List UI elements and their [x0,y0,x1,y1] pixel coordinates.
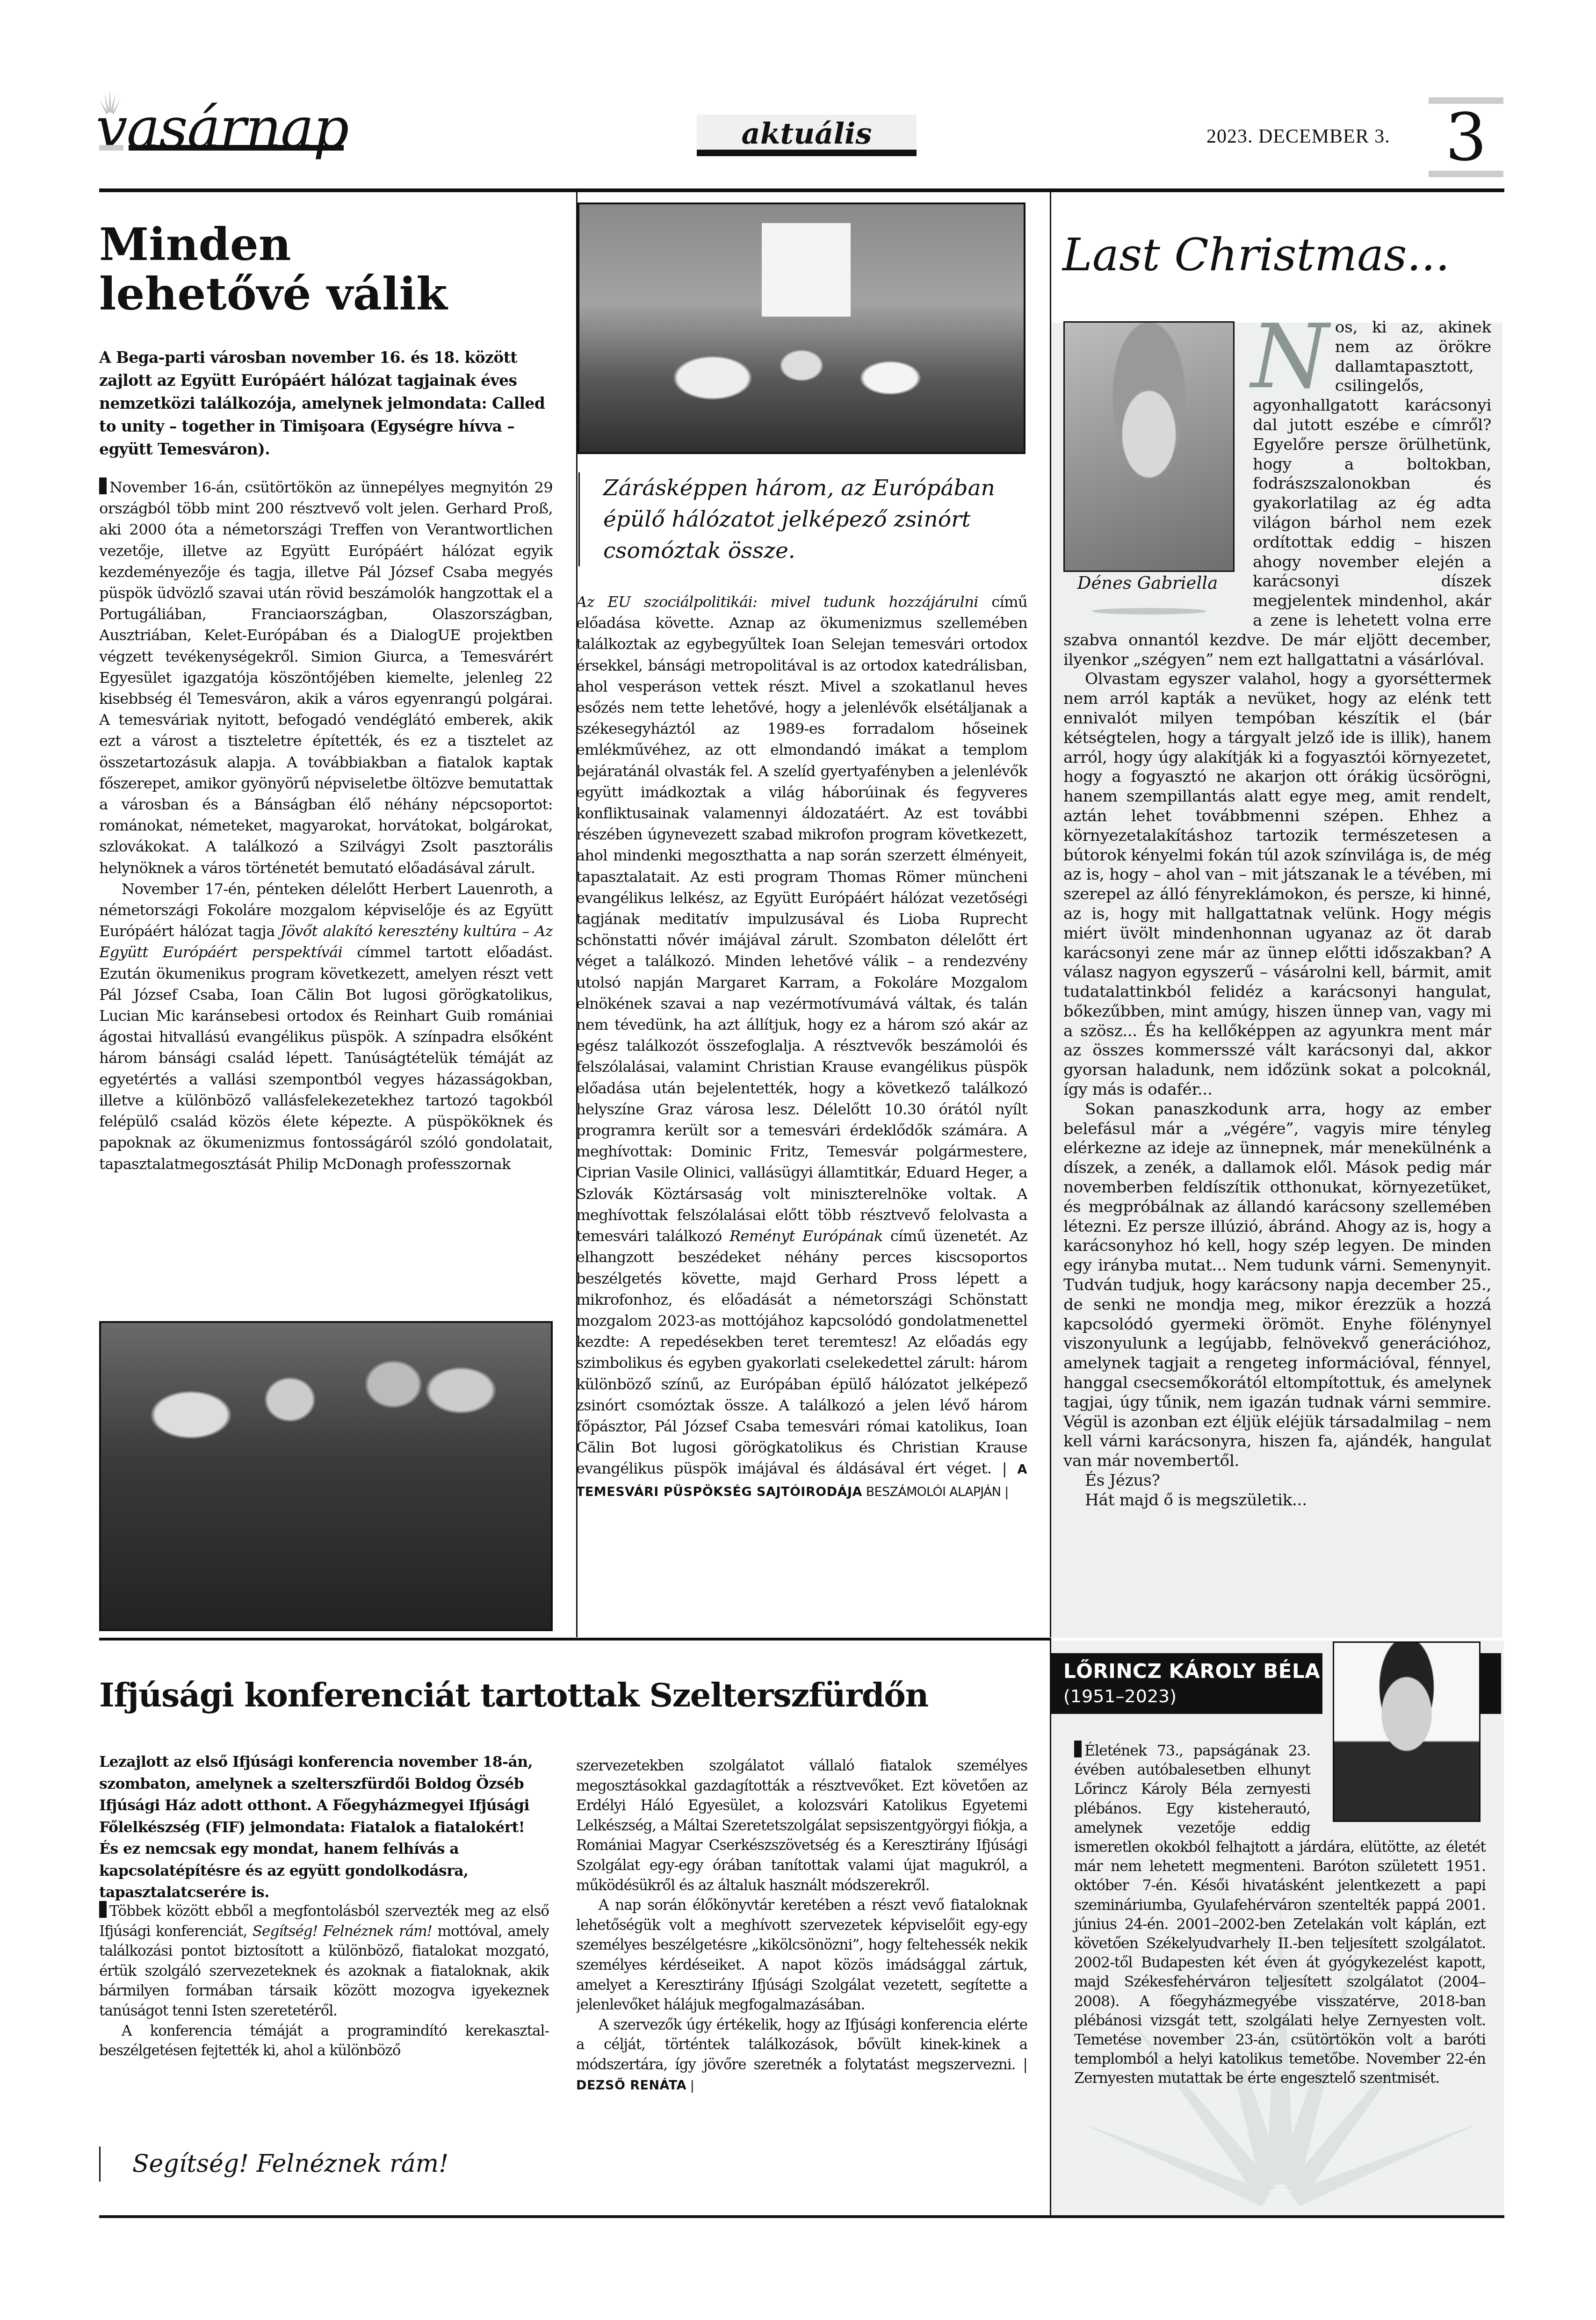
portrait-spacer [1310,1741,1486,1825]
obituary-body: Életének 73., papságának 23. évében autó… [1074,1741,1486,2208]
page-number-rule-bottom [1429,171,1503,177]
youth-lead: Lezajlott az első Ifjúsági konferencia n… [99,1751,548,1904]
article-body-middle: Az EU szociálpolitikái: mivel tudunk hoz… [576,592,1027,1620]
page-number: 3 [1426,103,1506,173]
obituary-header-tail [1478,1653,1501,1714]
logo-underline [129,145,344,151]
obituary-header: LŐRINCZ KÁROLY BÉLA (1951–2023) [1051,1653,1322,1714]
paragraph: címmel tartott előadást. Ezután ökumenik… [99,943,553,1172]
paragraph-marker [1074,1741,1082,1757]
photo-folk-costumes [578,202,1025,454]
article-body-left: November 16-án, csütörtökön az ünnepélye… [99,477,553,1309]
author-credit: DEZSŐ RENÁTA [576,2078,686,2093]
footer-rule [99,2215,1504,2218]
youth-body-left: Többek között ebből a megfontolásból sze… [99,1901,549,2069]
drop-cap: N [1251,322,1329,392]
article-lead: A Bega-parti városban november 16. és 18… [99,346,553,461]
youth-pull-quote: Segítség! Felnéznek rám! [99,2147,553,2182]
section-rule [99,1638,1050,1641]
opinion-title: Last Christmas... [1062,229,1450,281]
portrait-spacer [1063,318,1253,624]
section-tab: aktuális [697,115,917,156]
motto: Segítség! Felnéznek rám! [253,1923,432,1940]
paragraph: Olvastam egyszer valahol, hogy a gyorsét… [1063,670,1491,1100]
paragraph: című előadása követte. Aznap az ökumeniz… [576,593,1027,1245]
obituary-years: (1951–2023) [1063,1686,1177,1706]
opinion-body: Nos, ki az, akinek nem az örökre dallamt… [1063,318,1491,1627]
paragraph-marker [99,477,107,494]
talk-title: Az EU szociálpolitikái: mivel tudunk hoz… [576,593,978,611]
credit-suffix: | [686,2078,694,2093]
paragraph: Hát majd ő is megszületik... [1063,1491,1491,1511]
message-title: Reményt Európának [729,1227,883,1245]
headline-line: lehetővé válik [99,269,553,319]
logo-accent [99,145,123,151]
paragraph: November 16-án, csütörtökön az ünnepélye… [99,478,553,877]
paragraph-marker [99,1901,107,1918]
header-rule [99,188,1504,192]
pull-quote: Zárásképpen három, az Európában épülő há… [578,472,1024,566]
article-headline: Minden lehetővé válik [99,220,553,319]
paragraph: Sokan panaszkodunk arra, hogy az ember b… [1063,1100,1491,1471]
paragraph: A szervezők úgy értékelik, hogy az Ifjús… [576,2016,1027,2073]
article-credit-suffix: BESZÁMOLÓI ALAPJÁN | [862,1485,1009,1499]
youth-body-right: szervezetekben szolgálatot vállaló fiata… [576,1756,1027,2205]
headline-line: Minden [99,220,553,269]
paragraph: A nap során élőkönyvtár keretében a rész… [576,1895,1027,2015]
paragraph: A konferencia témáját a programindító ke… [99,2021,549,2061]
youth-headline: Ifjúsági konferenciát tartottak Szelters… [99,1674,1048,1716]
section-label: aktuális [741,116,872,151]
issue-date: 2023. DECEMBER 3. [1206,125,1390,148]
paragraph: című üzenetét. Az elhangzott beszédeket … [576,1227,1027,1477]
photo-audience [99,1321,553,1631]
projection-screen [762,223,851,317]
obituary-name: LŐRINCZ KÁROLY BÉLA [1063,1660,1320,1683]
paragraph: És Jézus? [1063,1471,1491,1491]
paragraph: szervezetekben szolgálatot vállaló fiata… [576,1756,1027,1895]
